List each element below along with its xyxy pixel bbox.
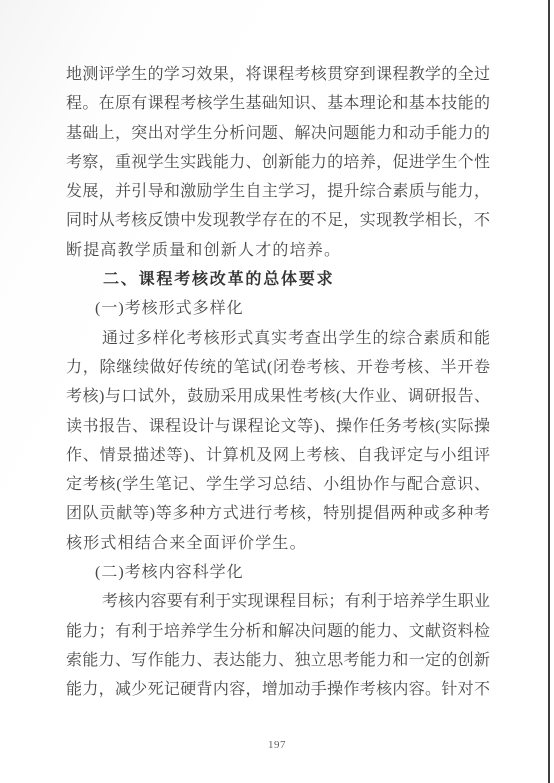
text-line: 基础上，突出对学生分析问题、解决问题能力和动手能力的	[66, 119, 490, 148]
text-line: 同时从考核反馈中发现教学存在的不足，实现教学相长，不	[66, 206, 490, 235]
subsection-heading: (一)考核形式多样化	[66, 294, 490, 323]
text-line: 发展，并引导和激励学生自主学习，提升综合素质与能力，	[66, 177, 490, 206]
text-line: 团队贡献等)等多种方式进行考核，特别提倡两种或多种考	[66, 499, 490, 528]
text-line: 读书报告、课程设计与课程论文等)、操作任务考核(实际操	[66, 412, 490, 441]
scanned-document-page: 地测评学生的学习效果，将课程考核贯穿到课程教学的全过 程。在原有课程考核学生基础…	[0, 0, 554, 783]
section-heading: 二、课程考核改革的总体要求	[66, 265, 490, 294]
document-text: 地测评学生的学习效果，将课程考核贯穿到课程教学的全过 程。在原有课程考核学生基础…	[66, 60, 490, 705]
text-line: 断提高教学质量和创新人才的培养。	[66, 236, 490, 265]
text-line: 考核内容要有利于实现课程目标；有利于培养学生职业	[66, 587, 490, 616]
text-line: 作、情景描述等)、计算机及网上考核、自我评定与小组评	[66, 441, 490, 470]
text-line: 考察，重视学生实践能力、创新能力的培养，促进学生个性	[66, 148, 490, 177]
text-line: 通过多样化考核形式真实考查出学生的综合素质和能	[66, 324, 490, 353]
subsection-heading: (二)考核内容科学化	[66, 558, 490, 587]
text-line: 地测评学生的学习效果，将课程考核贯穿到课程教学的全过	[66, 60, 490, 89]
text-line: 能力；有利于培养学生分析和解决问题的能力、文献资料检	[66, 617, 490, 646]
text-line: 核形式相结合来全面评价学生。	[66, 529, 490, 558]
text-line: 程。在原有课程考核学生基础知识、基本理论和基本技能的	[66, 89, 490, 118]
text-line: 能力，减少死记硬背内容，增加动手操作考核内容。针对不	[66, 675, 490, 704]
text-line: 定考核(学生笔记、学生学习总结、小组协作与配合意识、	[66, 470, 490, 499]
text-line: 力，除继续做好传统的笔试(闭卷考核、开卷考核、半开卷	[66, 353, 490, 382]
text-line: 索能力、写作能力、表达能力、独立思考能力和一定的创新	[66, 646, 490, 675]
page-number: 197	[0, 739, 554, 751]
page-edge-line	[548, 0, 550, 783]
text-line: 考核)与口试外，鼓励采用成果性考核(大作业、调研报告、	[66, 382, 490, 411]
